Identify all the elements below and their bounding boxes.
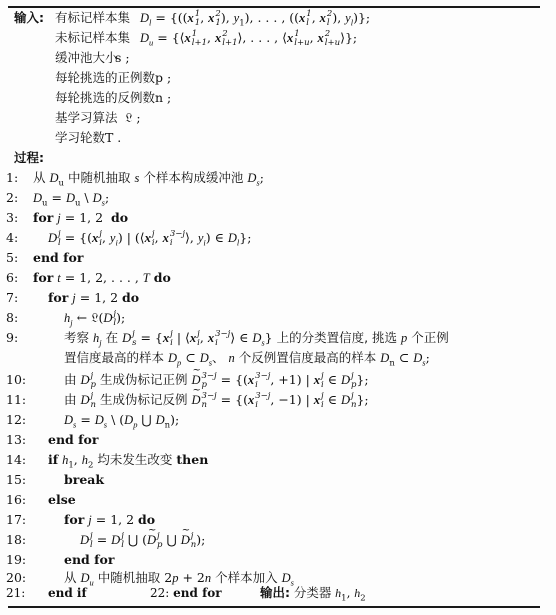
text-random-draw: 中随机抽取 — [98, 570, 161, 585]
input-base-learner-label: 基学习算法 — [55, 108, 118, 128]
keyword-end-if: end if — [48, 586, 87, 600]
keyword-then: then — [176, 452, 208, 467]
step-22: 22: end for — [150, 586, 222, 600]
keyword-for: for — [48, 290, 68, 305]
step-number: 5: — [6, 248, 32, 268]
step-text: for j = 1, 2 do — [48, 288, 139, 308]
step-number: 14: — [6, 450, 32, 470]
keyword-end-for: end for — [64, 550, 114, 570]
keyword-else: else — [48, 490, 76, 510]
input-unlabeled-set-label: 未标记样本集 — [55, 28, 130, 48]
text-positive: 个正例 — [411, 330, 449, 345]
process-label: 过程: — [14, 148, 44, 168]
text-gen-neg: 生成伪标记反例 — [100, 392, 188, 407]
step-text: 由 Djp 生成伪标记正例 D3−jp = {(x3−ji, +1) | xji… — [64, 370, 369, 390]
text-from: 从 — [33, 170, 46, 185]
input-buffer-size-math: s ; — [115, 48, 130, 68]
step-number: 19: — [6, 550, 32, 570]
text-negative-highest: 个反例置信度最高的样本 — [239, 350, 377, 365]
input-rounds-label: 学习轮数 — [55, 128, 105, 148]
step-number: 9: — [6, 328, 32, 348]
step-text: for j = 1, 2 do — [64, 510, 155, 530]
step-number: 8: — [6, 308, 32, 328]
step-number: 12: — [6, 410, 32, 430]
step-text: for j = 1, 2 do — [33, 208, 128, 228]
input-positive-count-math: p ; — [155, 68, 171, 88]
input-buffer-size-label: 缓冲池大小 — [55, 48, 118, 68]
step-text: if h1, h2 均未发生改变 then — [48, 450, 208, 470]
step-text: Djl = Djl ⋃ (Djp ⋃ Djn); — [80, 530, 205, 550]
keyword-do: do — [122, 290, 139, 305]
step-number: 6: — [6, 268, 32, 288]
step-text: for t = 1, 2, . . . , T do — [33, 268, 171, 288]
input-label: 输入: — [14, 8, 44, 28]
keyword-for: for — [33, 270, 53, 285]
step-text: 从 Du 中随机抽取 s 个样本构成缓冲池 Ds; — [33, 168, 264, 188]
bottom-rule — [8, 606, 540, 608]
input-rounds-math: T . — [105, 128, 121, 148]
text-unchanged: 均未发生改变 — [97, 452, 172, 467]
input-base-learner-math: 𝔏 ; — [125, 108, 141, 128]
step-number: 1: — [6, 168, 32, 188]
text-highest-conf: 置信度最高的样本 — [64, 350, 164, 365]
keyword-if: if — [48, 452, 58, 467]
step-text: hj ← 𝔏(Djl); — [64, 308, 125, 328]
text-sep: 、 — [212, 350, 225, 365]
step-text: Du = Du \ Ds; — [33, 188, 109, 208]
output-text: 分类器 — [294, 585, 332, 600]
step-number: 21: — [6, 586, 32, 600]
keyword-break: break — [64, 470, 104, 490]
text-random-draw: 中随机抽取 — [68, 170, 131, 185]
step-number: 7: — [6, 288, 32, 308]
step-text: Djl = {(xji, yi) | (⟨xji, x3−ji⟩, yi) ∈ … — [48, 228, 251, 248]
step-text: Ds = Ds \ (Dp ⋃ Dn); — [64, 410, 179, 430]
input-negative-count-label: 每轮挑选的反例数 — [55, 88, 155, 108]
step-number: 11: — [6, 390, 32, 410]
input-positive-count-label: 每轮挑选的正例数 — [55, 68, 155, 88]
text-add-to: 个样本加入 — [215, 570, 278, 585]
step-number: 22: — [150, 586, 169, 600]
step-number: 15: — [6, 470, 32, 490]
keyword-do: do — [111, 210, 128, 225]
keyword-end-for: end for — [33, 248, 83, 268]
input-labeled-set-math: Dl = {((x11, x21), y1), . . . , ((x1l, x… — [140, 8, 370, 28]
text-build-pool: 个样本构成缓冲池 — [143, 170, 243, 185]
input-negative-count-math: n ; — [155, 88, 171, 108]
step-text: 由 Djn 生成伪标记反例 D3−jn = {(x3−ji, −1) | xji… — [64, 390, 369, 410]
output-line: 输出: 分类器 h1, h2 — [260, 586, 366, 600]
step-text: 置信度最高的样本 Dp ⊂ Ds、 n 个反例置信度最高的样本 Dn ⊂ Ds; — [64, 348, 430, 368]
step-text: 考察 hj 在 Djs = {xji | ⟨xji, x3−ji⟩ ∈ Ds} … — [64, 328, 449, 348]
keyword-do: do — [154, 270, 171, 285]
step-number: 16: — [6, 490, 32, 510]
step-number: 2: — [6, 188, 32, 208]
step-number: 13: — [6, 430, 32, 450]
input-labeled-set-label: 有标记样本集 — [55, 8, 130, 28]
text-on: 在 — [106, 330, 119, 345]
text-gen-pos: 生成伪标记正例 — [100, 372, 188, 387]
step-number: 17: — [6, 510, 32, 530]
input-unlabeled-set-math: Du = {⟨x1l+1, x2l+1⟩, . . . , ⟨x1l+u, x2… — [140, 28, 357, 48]
text-confidence: 上的分类置信度, 挑选 — [277, 330, 397, 345]
keyword-end-for: end for — [48, 430, 98, 450]
step-number: 4: — [6, 228, 32, 248]
output-label: 输出: — [260, 585, 290, 600]
keyword-for: for — [33, 210, 53, 225]
text-from: 从 — [64, 570, 77, 585]
step-number: 10: — [6, 370, 32, 390]
step-number: 3: — [6, 208, 32, 228]
keyword-end-for: end for — [173, 586, 221, 600]
step-number: 18: — [6, 530, 32, 550]
keyword-for: for — [64, 512, 84, 527]
text-by: 由 — [64, 392, 77, 407]
text-by: 由 — [64, 372, 77, 387]
step-number: 20: — [6, 568, 32, 588]
text-examine: 考察 — [64, 330, 89, 345]
